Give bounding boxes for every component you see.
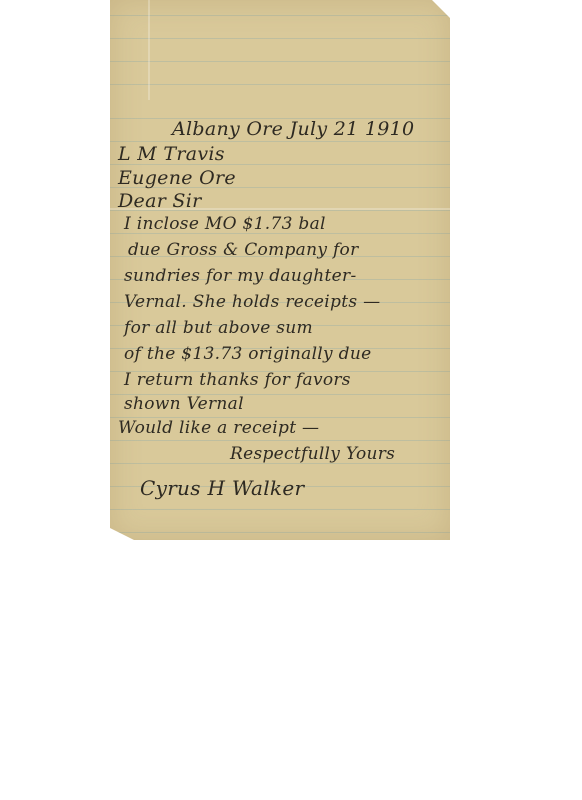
dateline: Albany Ore July 21 1910 xyxy=(172,118,414,140)
body-line: for all but above sum xyxy=(124,318,313,338)
signature: Cyrus H Walker xyxy=(140,476,304,500)
body-line: shown Vernal xyxy=(124,394,244,414)
body-line: I inclose MO $1.73 bal xyxy=(124,214,326,234)
body-line: Vernal. She holds receipts — xyxy=(124,292,380,312)
body-line: sundries for my daughter- xyxy=(124,266,357,286)
body-line: I return thanks for favors xyxy=(124,370,351,390)
recipient-name: L M Travis xyxy=(118,143,225,165)
letter-paper: Albany Ore July 21 1910 L M Travis Eugen… xyxy=(110,0,450,540)
recipient-city: Eugene Ore xyxy=(118,167,236,189)
closing: Respectfully Yours xyxy=(230,444,395,464)
body-line: Would like a receipt — xyxy=(118,418,319,438)
salutation: Dear Sir xyxy=(118,190,202,212)
paper-crease xyxy=(148,0,150,100)
body-line: of the $13.73 originally due xyxy=(124,344,371,364)
body-line: due Gross & Company for xyxy=(128,240,359,260)
